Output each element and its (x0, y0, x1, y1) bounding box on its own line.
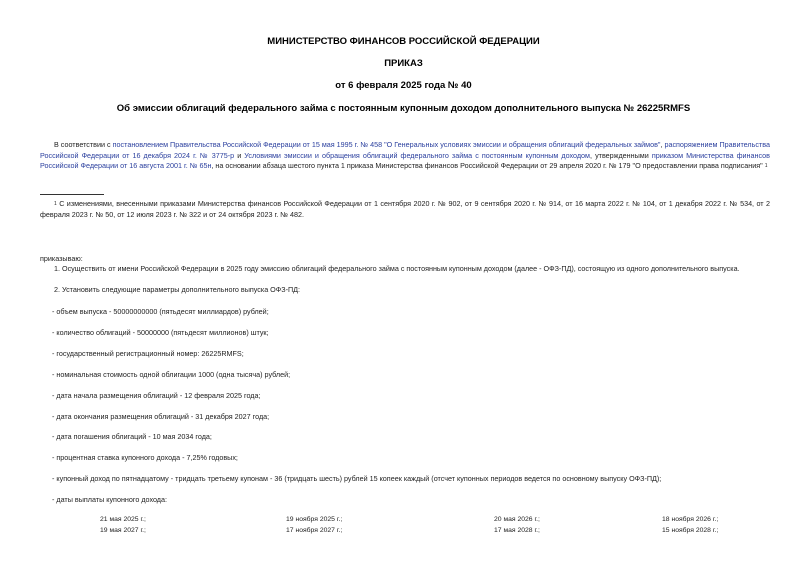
param-placement-end: - дата окончания размещения облигаций - … (52, 412, 269, 421)
item-2: 2. Установить следующие параметры дополн… (54, 285, 300, 294)
orders-word: приказываю: (40, 254, 83, 263)
param-bond-count: - количество облигаций - 50000000 (пятьд… (52, 328, 269, 337)
coupon-date: 17 мая 2028 г.; (494, 527, 540, 534)
param-maturity-date: - дата погашения облигаций - 10 мая 2034… (52, 432, 212, 441)
param-coupon-income: - купонный доход по пятнадцатому - тридц… (52, 474, 661, 483)
coupon-date: 21 мая 2025 г.; (100, 516, 146, 523)
coupon-date: 17 ноября 2027 г.; (286, 527, 342, 534)
param-registration-number: - государственный регистрационный номер:… (52, 349, 244, 358)
footnote-mark: 1 (765, 163, 768, 169)
param-coupon-rate: - процентная ставка купонного дохода - 7… (52, 453, 238, 462)
preamble-text: , на основании абзаца шестого пункта 1 п… (211, 161, 762, 170)
preamble-text: и (234, 151, 244, 160)
document-title: Об эмиссии облигаций федерального займа … (0, 103, 807, 114)
item-1: 1. Осуществить от имени Российской Федер… (54, 264, 740, 273)
document-type: ПРИКАЗ (0, 58, 807, 69)
footnote-text: С изменениями, внесенными приказами Мини… (40, 199, 770, 219)
param-coupon-dates-label: - даты выплаты купонного дохода: (52, 495, 167, 504)
param-placement-start: - дата начала размещения облигаций - 12 … (52, 391, 261, 400)
coupon-date: 19 ноября 2025 г.; (286, 516, 342, 523)
link-government-decree-458[interactable]: постановлением Правительства Российской … (113, 140, 661, 149)
link-emission-conditions[interactable]: Условиями эмиссии и обращения облигаций … (244, 151, 590, 160)
ministry-heading: МИНИСТЕРСТВО ФИНАНСОВ РОССИЙСКОЙ ФЕДЕРАЦ… (0, 36, 807, 47)
param-nominal-value: - номинальная стоимость одной облигации … (52, 370, 290, 379)
footnote-mark: 1 (54, 201, 57, 207)
preamble-text: , утвержденными (590, 151, 652, 160)
param-issue-volume: - объем выпуска - 50000000000 (пятьдесят… (52, 307, 269, 316)
footnote-divider (40, 194, 104, 195)
footnote: 1 С изменениями, внесенными приказами Ми… (40, 199, 770, 220)
preamble-paragraph: В соответствии с постановлением Правител… (40, 140, 770, 172)
document-date-number: от 6 февраля 2025 года № 40 (0, 80, 807, 91)
coupon-date: 18 ноября 2026 г.; (662, 516, 718, 523)
coupon-date: 20 мая 2026 г.; (494, 516, 540, 523)
coupon-date: 15 ноября 2028 г.; (662, 527, 718, 534)
coupon-date: 19 мая 2027 г.; (100, 527, 146, 534)
preamble-text: В соответствии с (54, 140, 113, 149)
